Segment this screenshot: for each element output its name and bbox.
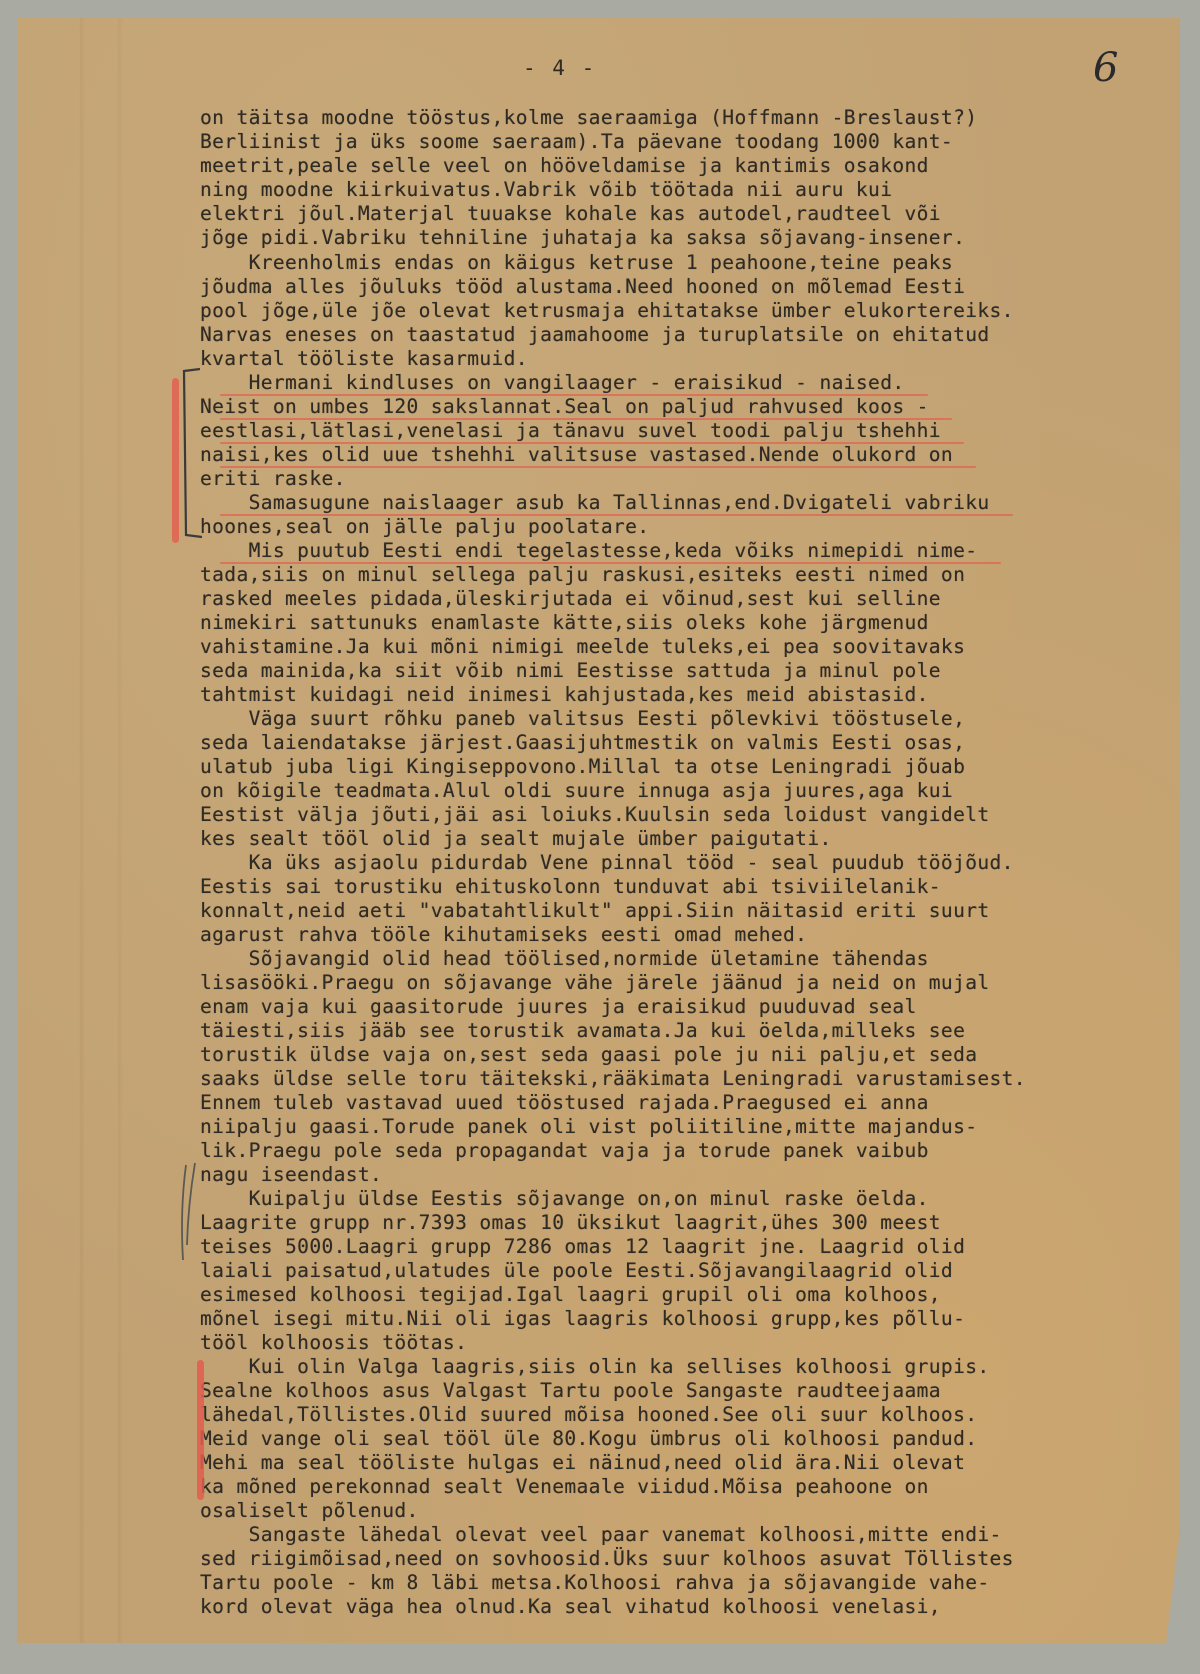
text-line: Ennem tuleb vastavad uued tööstused raja… — [200, 1091, 929, 1115]
text-line: osaliselt põlenud. — [200, 1499, 419, 1523]
text-line: mõnel isegi mitu.Nii oli igas laagris ko… — [200, 1307, 965, 1331]
pencil-bracket-icon — [176, 365, 206, 545]
text-line: hoones,seal on jälle palju poolatare. — [200, 515, 649, 539]
page-header-number: - 4 - — [523, 56, 596, 80]
text-line: seda mainida,ka siit võib nimi Eestisse … — [200, 659, 941, 683]
text-line: on kõigile teadmata.Alul oldi suure innu… — [200, 779, 953, 803]
text-line: kvartal tööliste kasarmuid. — [200, 347, 528, 371]
text-line: tahtmist kuidagi neid inimesi kahjustada… — [200, 683, 929, 707]
text-line: Väga suurt rõhku paneb valitsus Eesti põ… — [200, 707, 965, 731]
text-line: on täitsa moodne tööstus,kolme saeraamig… — [200, 106, 977, 130]
text-line: meetrit,peale selle veel on hööveldamise… — [200, 154, 929, 178]
text-line: naisi,kes olid uue tshehhi valitsuse vas… — [200, 443, 953, 467]
handwritten-page-number: 6 — [1093, 45, 1118, 91]
red-underline — [220, 466, 976, 468]
text-line: kes sealt tööl olid ja sealt mujale ümbe… — [200, 827, 832, 851]
text-line: Ka üks asjaolu pidurdab Vene pinnal tööd… — [200, 851, 1014, 875]
red-underline — [220, 418, 952, 420]
text-line: pool jõge,üle jõe olevat ketrusmaja ehit… — [200, 299, 1014, 323]
text-line: lik.Praegu pole seda propagandat vaja ja… — [200, 1139, 929, 1163]
text-line: jõudma alles jõuluks tööd alustama.Need … — [200, 275, 965, 299]
text-line: saaks üldse selle toru täitekski,rääkima… — [200, 1067, 1026, 1091]
text-line: teises 5000.Laagri grupp 7286 omas 12 la… — [200, 1235, 965, 1259]
text-line: Samasugune naislaager asub ka Tallinnas,… — [200, 491, 990, 515]
text-line: Kreenholmis endas on käigus ketruse 1 pe… — [200, 251, 953, 275]
text-line: laiali paisatud,ulatudes üle poole Eesti… — [200, 1259, 953, 1283]
text-line: Laagrite grupp nr.7393 omas 10 üksikut l… — [200, 1211, 941, 1235]
red-underline — [220, 514, 1013, 516]
text-line: sed riigimõisad,need on sovhoosid.Üks su… — [200, 1547, 1014, 1571]
text-line: kord olevat väga hea olnud.Ka seal vihat… — [200, 1595, 941, 1619]
red-underline — [220, 562, 1001, 564]
text-line: tada,siis on minul sellega palju raskusi… — [200, 563, 965, 587]
red-margin-mark-icon — [172, 378, 179, 543]
text-line: nagu iseendast. — [200, 1163, 382, 1187]
pencil-double-line-icon — [176, 1160, 206, 1270]
text-line: Sangaste lähedal olevat veel paar vanema… — [200, 1523, 1002, 1547]
text-line: rasked meeles pidada,üleskirjutada ei võ… — [200, 587, 941, 611]
text-line: Hermani kindluses on vangilaager - erais… — [200, 371, 905, 395]
text-line: Neist on umbes 120 sakslannat.Seal on pa… — [200, 395, 929, 419]
text-line: tööl kolhoosis töötas. — [200, 1331, 467, 1355]
text-line: konnalt,neid aeti "vabatahtlikult" appi.… — [200, 899, 990, 923]
text-line: Sõjavangid olid head töölised,normide ül… — [200, 947, 929, 971]
text-line: lähedal,Töllistes.Olid suured mõisa hoon… — [200, 1403, 977, 1427]
text-line: ning moodne kiirkuivatus.Vabrik võib töö… — [200, 178, 892, 202]
text-line: eriti raske. — [200, 467, 346, 491]
text-line: Kui olin Valga laagris,siis olin ka sell… — [200, 1355, 990, 1379]
text-line: agarust rahva tööle kihutamiseks eesti o… — [200, 923, 807, 947]
text-line: täiesti,siis jääb see torustik avamata.J… — [200, 1019, 965, 1043]
red-underline — [220, 394, 928, 396]
text-line: eestlasi,lätlasi,venelasi ja tänavu suve… — [200, 419, 941, 443]
red-margin-mark-icon-2 — [197, 1360, 204, 1500]
text-line: seda laiendatakse järjest.Gaasijuhtmesti… — [200, 731, 965, 755]
text-line: Eestis sai torustiku ehituskolonn tunduv… — [200, 875, 941, 899]
text-line: torustik üldse vaja on,sest seda gaasi p… — [200, 1043, 977, 1067]
text-line: Eestist välja jõuti,jäi asi loiuks.Kuuls… — [200, 803, 990, 827]
red-underline — [220, 442, 964, 444]
text-line: Mis puutub Eesti endi tegelastesse,keda … — [200, 539, 977, 563]
text-line: Berliinist ja üks soome saeraam).Ta päev… — [200, 130, 953, 154]
text-line: jõge pidi.Vabriku tehniline juhataja ka … — [200, 226, 965, 250]
text-line: Narvas eneses on taastatud jaamahoome ja… — [200, 323, 990, 347]
text-line: ka mõned perekonnad sealt Venemaale viid… — [200, 1475, 929, 1499]
text-line: Mehi ma seal tööliste hulgas ei näinud,n… — [200, 1451, 965, 1475]
text-line: Tartu poole - km 8 läbi metsa.Kolhoosi r… — [200, 1571, 990, 1595]
text-line: Meid vange oli seal tööl üle 80.Kogu ümb… — [200, 1427, 977, 1451]
text-line: esimesed kolhoosi tegijad.Igal laagri gr… — [200, 1283, 941, 1307]
text-line: enam vaja kui gaasitorude juures ja erai… — [200, 995, 917, 1019]
text-line: niipalju gaasi.Torude panek oli vist pol… — [200, 1115, 977, 1139]
text-line: Sealne kolhoos asus Valgast Tartu poole … — [200, 1379, 941, 1403]
text-line: elektri jõul.Materjal tuuakse kohale kas… — [200, 202, 941, 226]
text-line: Kuipalju üldse Eestis sõjavange on,on mi… — [200, 1187, 929, 1211]
text-line: ulatub juba ligi Kingiseppovono.Millal t… — [200, 755, 965, 779]
text-line: lisasööki.Praegu on sõjavange vähe järel… — [200, 971, 990, 995]
text-line: nimekiri sattunuks enamlaste kätte,siis … — [200, 611, 929, 635]
text-line: vahistamine.Ja kui mõni nimigi meelde tu… — [200, 635, 965, 659]
